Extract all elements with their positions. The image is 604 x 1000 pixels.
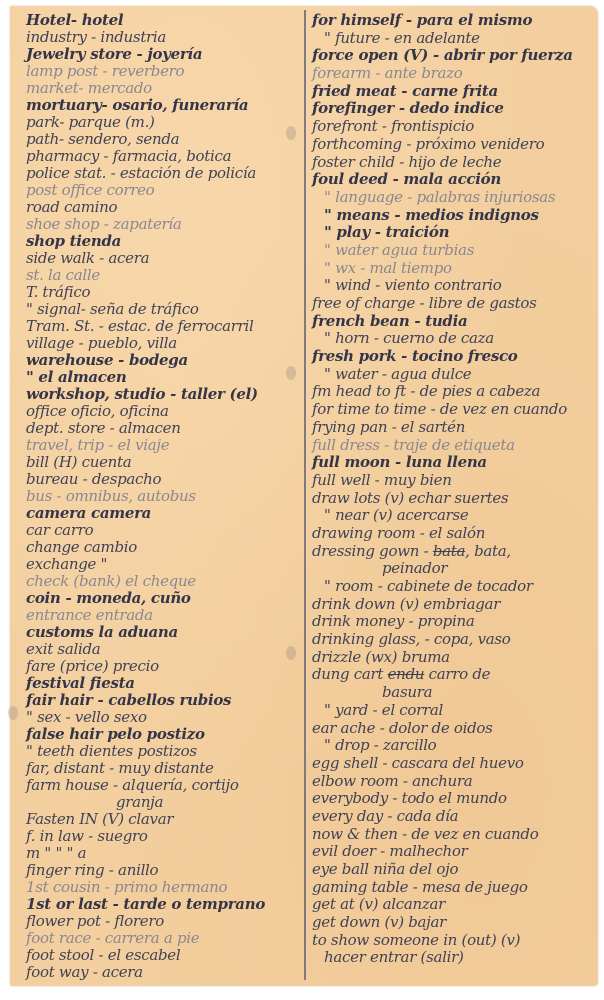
vocab-entry: drizzle (wx) bruma xyxy=(312,649,596,667)
vocab-entry: m " " " a xyxy=(26,845,306,862)
vocab-entry: festival fiesta xyxy=(26,675,306,692)
vocab-entry: park- parque (m.) xyxy=(26,114,306,131)
smudge-mark xyxy=(8,706,18,720)
vocab-entry: workshop, studio - taller (el) xyxy=(26,386,306,403)
vocab-entry: exit salida xyxy=(26,641,306,658)
vocab-entry: " future - en adelante xyxy=(312,30,596,48)
vocab-entry: Fasten IN (V) clavar xyxy=(26,811,306,828)
vocab-entry: side walk - acera xyxy=(26,250,306,267)
vocab-entry: false hair pelo postizo xyxy=(26,726,306,743)
vocab-entry: " wx - mal tiempo xyxy=(312,260,596,278)
vocab-entry: drink down (v) embriagar xyxy=(312,596,596,614)
vocab-entry: forefinger - dedo indice xyxy=(312,100,596,118)
vocab-entry: elbow room - anchura xyxy=(312,773,596,791)
struck-out-word: bata xyxy=(433,542,465,560)
vocab-entry: police stat. - estación de policía xyxy=(26,165,306,182)
vocab-entry: egg shell - cascara del huevo xyxy=(312,755,596,773)
vocab-entry: far, distant - muy distante xyxy=(26,760,306,777)
vocab-entry: post office correo xyxy=(26,182,306,199)
vocab-entry: T. tráfico xyxy=(26,284,306,301)
vocab-entry: entrance entrada xyxy=(26,607,306,624)
vocab-entry: eye ball niña del ojo xyxy=(312,861,596,879)
vocab-entry: 1st cousin - primo hermano xyxy=(26,879,306,896)
vocab-entry: Tram. St. - estac. de ferrocarril xyxy=(26,318,306,335)
vocab-entry: market- mercado xyxy=(26,80,306,97)
vocab-entry: travel, trip - el viaje xyxy=(26,437,306,454)
vocab-entry: for himself - para el mismo xyxy=(312,12,596,30)
vocab-entry: everybody - todo el mundo xyxy=(312,790,596,808)
vocab-entry: change cambio xyxy=(26,539,306,556)
left-column-entries: Hotel- hotelindustry - industriaJewelry … xyxy=(26,12,306,981)
vocab-entry: full moon - luna llena xyxy=(312,454,596,472)
vocab-entry: exchange " xyxy=(26,556,306,573)
vocab-entry: for time to time - de vez en cuando xyxy=(312,401,596,419)
vocab-entry: granja xyxy=(26,794,306,811)
vocab-entry: " sex - vello sexo xyxy=(26,709,306,726)
vocab-entry: " water - agua dulce xyxy=(312,366,596,384)
vocab-entry: foot race - carrera a pie xyxy=(26,930,306,947)
vocab-entry: every day - cada día xyxy=(312,808,596,826)
vocab-entry: " near (v) acercarse xyxy=(312,507,596,525)
vocab-entry: " el almacen xyxy=(26,369,306,386)
vocab-entry: path- sendero, senda xyxy=(26,131,306,148)
vocab-entry: coin - moneda, cuño xyxy=(26,590,306,607)
vocab-entry: bill (H) cuenta xyxy=(26,454,306,471)
vocab-entry: full well - muy bien xyxy=(312,472,596,490)
vocab-entry: mortuary- osario, funeraría xyxy=(26,97,306,114)
vocab-entry: st. la calle xyxy=(26,267,306,284)
vocab-entry: " drop - zarcillo xyxy=(312,737,596,755)
vocab-entry: flower pot - florero xyxy=(26,913,306,930)
vocab-entry: get at (v) alcanzar xyxy=(312,896,596,914)
vocab-entry: forearm - ante brazo xyxy=(312,65,596,83)
vocab-entry: forthcoming - próximo venidero xyxy=(312,136,596,154)
vocab-entry: fresh pork - tocino fresco xyxy=(312,348,596,366)
vocab-entry: " teeth dientes postizos xyxy=(26,743,306,760)
vocab-entry: f. in law - suegro xyxy=(26,828,306,845)
vocab-entry: evil doer - malhechor xyxy=(312,843,596,861)
vocab-entry: frying pan - el sartén xyxy=(312,419,596,437)
right-column-entries: for himself - para el mismo" future - en… xyxy=(312,12,596,967)
vocab-entry: hacer entrar (salir) xyxy=(312,949,596,967)
vocab-entry: bureau - despacho xyxy=(26,471,306,488)
vocab-entry: bus - omnibus, autobus xyxy=(26,488,306,505)
vocabulary-card: Hotel- hotelindustry - industriaJewelry … xyxy=(10,6,598,986)
vocab-entry: Hotel- hotel xyxy=(26,12,306,29)
vocab-entry: " wind - viento contrario xyxy=(312,277,596,295)
vocab-entry: forefront - frontispicio xyxy=(312,118,596,136)
vocab-entry: " play - traición xyxy=(312,224,596,242)
vocab-entry: " room - cabinete de tocador xyxy=(312,578,596,596)
vocab-entry: basura xyxy=(312,684,596,702)
vocab-entry: gaming table - mesa de juego xyxy=(312,879,596,897)
vocab-entry: full dress - traje de etiqueta xyxy=(312,437,596,455)
vocab-entry: 1st or last - tarde o temprano xyxy=(26,896,306,913)
vocab-entry: foot stool - el escabel xyxy=(26,947,306,964)
vocab-entry: drinking glass, - copa, vaso xyxy=(312,631,596,649)
vocab-entry: foul deed - mala acción xyxy=(312,171,596,189)
vocab-entry: dressing gown - bata, bata, xyxy=(312,543,596,561)
vocab-entry: car carro xyxy=(26,522,306,539)
vocab-entry: camera camera xyxy=(26,505,306,522)
vocab-entry: farm house - alquería, cortijo xyxy=(26,777,306,794)
vocab-entry: french bean - tudia xyxy=(312,313,596,331)
vocab-entry: road camino xyxy=(26,199,306,216)
vocab-entry: finger ring - anillo xyxy=(26,862,306,879)
vocab-entry: lamp post - reverbero xyxy=(26,63,306,80)
vocab-entry: " means - medios indignos xyxy=(312,207,596,225)
vocab-entry: " signal- seña de tráfico xyxy=(26,301,306,318)
vocab-entry: " water agua turbias xyxy=(312,242,596,260)
vocab-entry: dept. store - almacen xyxy=(26,420,306,437)
vocab-entry: Jewelry store - joyería xyxy=(26,46,306,63)
vocab-entry: now & then - de vez en cuando xyxy=(312,826,596,844)
vocab-entry: office oficio, oficina xyxy=(26,403,306,420)
vocab-entry: " horn - cuerno de caza xyxy=(312,330,596,348)
vocab-entry: warehouse - bodega xyxy=(26,352,306,369)
vocab-entry: foot way - acera xyxy=(26,964,306,981)
vocab-entry: shoe shop - zapatería xyxy=(26,216,306,233)
vocab-entry: force open (V) - abrir por fuerza xyxy=(312,47,596,65)
vocab-entry: fm head to ft - de pies a cabeza xyxy=(312,383,596,401)
vocab-entry: shop tienda xyxy=(26,233,306,250)
vocab-entry: " yard - el corral xyxy=(312,702,596,720)
vocab-entry: get down (v) bajar xyxy=(312,914,596,932)
vocab-entry: peinador xyxy=(312,560,596,578)
vocab-entry: check (bank) el cheque xyxy=(26,573,306,590)
vocab-entry: village - pueblo, villa xyxy=(26,335,306,352)
vocab-entry: customs la aduana xyxy=(26,624,306,641)
vocab-entry: industry - industria xyxy=(26,29,306,46)
vocab-entry: to show someone in (out) (v) xyxy=(312,932,596,950)
vocab-entry: draw lots (v) echar suertes xyxy=(312,490,596,508)
vocab-entry: free of charge - libre de gastos xyxy=(312,295,596,313)
vocab-entry: " language - palabras injuriosas xyxy=(312,189,596,207)
vocab-entry: fried meat - carne frita xyxy=(312,83,596,101)
vocab-entry: dung cart endu carro de xyxy=(312,666,596,684)
vocab-entry: drawing room - el salón xyxy=(312,525,596,543)
vocab-entry: fair hair - cabellos rubios xyxy=(26,692,306,709)
vocab-entry: pharmacy - farmacia, botica xyxy=(26,148,306,165)
struck-out-word: endu xyxy=(388,665,425,683)
vocab-entry: foster child - hijo de leche xyxy=(312,154,596,172)
vocab-entry: fare (price) precio xyxy=(26,658,306,675)
vocab-entry: ear ache - dolor de oidos xyxy=(312,720,596,738)
vocab-entry: drink money - propina xyxy=(312,613,596,631)
